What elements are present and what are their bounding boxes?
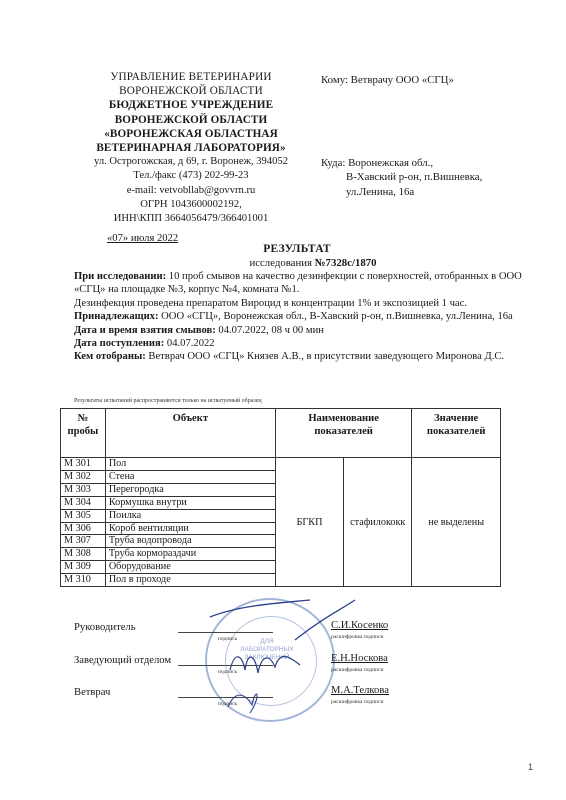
signature-role: Ветврач [74,687,110,698]
sampling-text: 04.07.2022, 08 ч 00 мин [216,325,324,336]
organization-contacts: ул. Острогожская, д 69, г. Воронеж, 3940… [60,155,322,226]
received-label: Дата поступления: [74,338,164,349]
indicator-staph: стафилококк [344,458,412,587]
study-paragraph: При исследовании: 10 проб смывов на каче… [74,270,534,297]
signature-line [178,632,273,633]
org-line: ВОРОНЕЖСКОЙ ОБЛАСТИ [60,84,322,98]
taken-by-paragraph: Кем отобраны: Ветврач ООО «СГЦ» Князев А… [74,350,534,363]
sample-object: Поилка [105,509,275,522]
email: e-mail: vetvobllab@govvrn.ru [60,184,322,198]
signature-role: Руководитель [74,622,136,633]
study-details: При исследовании: 10 проб смывов на каче… [74,270,534,364]
sample-number: М 306 [61,522,106,535]
inn-kpp: ИНН\КПП 3664056479/366401001 [60,212,322,226]
sample-number: М 309 [61,561,106,574]
sample-object: Короб вентиляции [105,522,275,535]
sampling-label: Дата и время взятия смывов: [74,325,216,336]
org-line: ВОРОНЕЖСКОЙ ОБЛАСТИ [60,113,322,127]
signature-caption: подпись [218,669,237,675]
ogrn: ОГРН 1043600002192, [60,198,322,212]
sample-object: Стена [105,470,275,483]
address: ул. Острогожская, д 69, г. Воронеж, 3940… [60,155,322,169]
header-sample-number: № пробы [61,409,106,458]
org-line: УПРАВЛЕНИЕ ВЕТЕРИНАРИИ [60,70,322,84]
sample-object: Труба водопровода [105,535,275,548]
signatory-name: М.А.Телкова [331,685,389,696]
taken-by-label: Кем отобраны: [74,351,146,362]
sampling-paragraph: Дата и время взятия смывов: 04.07.2022, … [74,324,534,337]
owner-label: Принадлежащих: [74,311,159,322]
sample-number: М 302 [61,470,106,483]
signature-caption: подпись [218,636,237,642]
table-header-row: № пробы Объект Наименование показателей … [61,409,501,458]
sample-number: М 301 [61,458,106,471]
header-object: Объект [105,409,275,458]
owner-paragraph: Принадлежащих: ООО «СГЦ», Воронежская об… [74,310,534,323]
sample-number: М 307 [61,535,106,548]
organization-header: УПРАВЛЕНИЕ ВЕТЕРИНАРИИ ВОРОНЕЖСКОЙ ОБЛАС… [60,70,322,155]
received-text: 04.07.2022 [164,338,214,349]
taken-by-text: Ветврач ООО «СГЦ» Князев А.В., в присутс… [146,351,504,362]
sample-number: М 308 [61,548,106,561]
sample-number: М 305 [61,509,106,522]
org-line: ВЕТЕРИНАРНАЯ ЛАБОРАТОРИЯ» [60,141,322,155]
received-paragraph: Дата поступления: 04.07.2022 [74,337,534,350]
sample-object: Пол в проходе [105,574,275,587]
sample-object: Кормушка внутри [105,496,275,509]
recipient-address: Куда: Воронежская обл., В-Хавский р-он, … [321,156,482,199]
address-line: ул.Ленина, 16а [321,185,482,199]
sample-object: Труба кормораздачи [105,548,275,561]
header-indicator-name: Наименование показателей [275,409,411,458]
signature-decode-caption: расшифровка подписи [331,699,383,705]
org-line: БЮДЖЕТНОЕ УЧРЕЖДЕНИЕ [60,98,322,112]
results-note: Результаты испытаний распространяются то… [74,398,262,404]
document-subtitle: исследования №7328с/1870 [0,257,566,269]
document-title: РЕЗУЛЬТАТ [0,243,566,255]
indicator-value: не выделены [412,458,501,587]
sample-object: Оборудование [105,561,275,574]
org-line: «ВОРОНЕЖСКАЯ ОБЛАСТНАЯ [60,127,322,141]
disinfection-text: Дезинфекция проведена препаратом Вироцид… [74,297,534,310]
study-number: №7328с/1870 [315,257,377,269]
indicator-bgkp: БГКП [275,458,343,587]
signatory-name: С.И.Косенко [331,620,388,631]
signature-decode-caption: расшифровка подписи [331,634,383,640]
address-label: Куда: Воронежская обл., [321,157,433,169]
signature-caption: подпись [218,701,237,707]
table-row: М 301 Пол БГКП стафилококк не выделены [61,458,501,471]
signature-decode-caption: расшифровка подписи [331,667,383,673]
signatory-name: Е.Н.Носкова [331,653,388,664]
results-table: № пробы Объект Наименование показателей … [60,408,501,587]
address-line: В-Хавский р-он, п.Вишневка, [321,170,482,184]
sample-number: М 303 [61,483,106,496]
phone-fax: Тел./факс (473) 202-99-23 [60,169,322,183]
sample-number: М 304 [61,496,106,509]
sample-object: Пол [105,458,275,471]
subtitle-prefix: исследования [249,257,314,269]
header-indicator-value: Значение показателей [412,409,501,458]
recipient-to: Кому: Ветврачу ООО «СГЦ» [321,74,454,86]
signature-line [178,665,273,666]
study-label: При исследовании: [74,271,166,282]
signature-line [178,697,273,698]
page-number: 1 [528,762,533,772]
sample-number: М 310 [61,574,106,587]
sample-object: Перегородка [105,483,275,496]
owner-text: ООО «СГЦ», Воронежская обл., В-Хавский р… [159,311,513,322]
signature-role: Заведующий отделом [74,655,171,666]
